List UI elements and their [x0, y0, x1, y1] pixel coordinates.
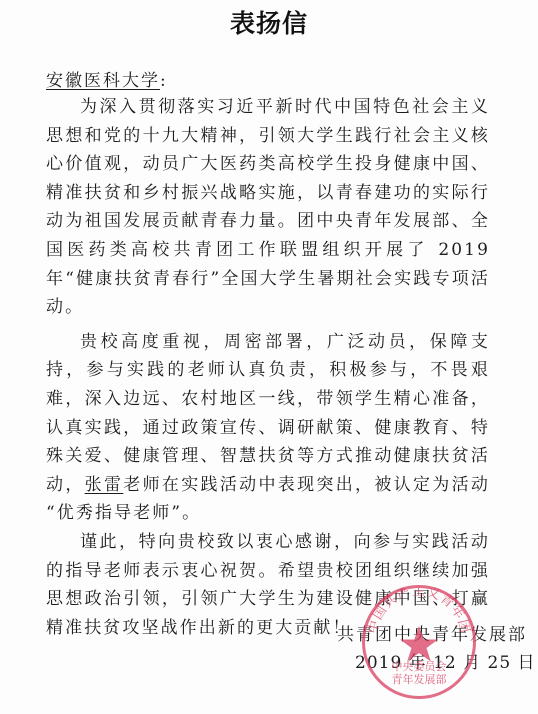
paragraph-2: 贵校高度重视，周密部署，广泛动员，保障支持，参与实践的老师认真负责，积极参与，不… [46, 328, 490, 528]
issuer-signature: 共青团中央青年发展部 [337, 620, 527, 645]
teacher-name: 张雷 [85, 475, 124, 495]
paragraph-2-before: 贵校高度重视，周密部署，广泛动员，保障支持，参与实践的老师认真负责，积极参与，不… [46, 332, 490, 495]
issue-date: 2019 年 12 月 25 日 [355, 648, 536, 673]
document-title: 表扬信 [0, 4, 538, 40]
paragraph-1: 为深入贯彻落实习近平新时代中国特色社会主义思想和党的十九大精神，引领大学生践行社… [46, 93, 490, 322]
letter-body: 为深入贯彻落实习近平新时代中国特色社会主义思想和党的十九大精神，引领大学生践行社… [46, 93, 490, 642]
recipient-organization: 安徽医科大学 [46, 71, 160, 91]
salutation-colon: : [160, 71, 168, 91]
seal-line-2: 青年发展部 [365, 673, 473, 686]
salutation: 安徽医科大学: [46, 66, 168, 91]
